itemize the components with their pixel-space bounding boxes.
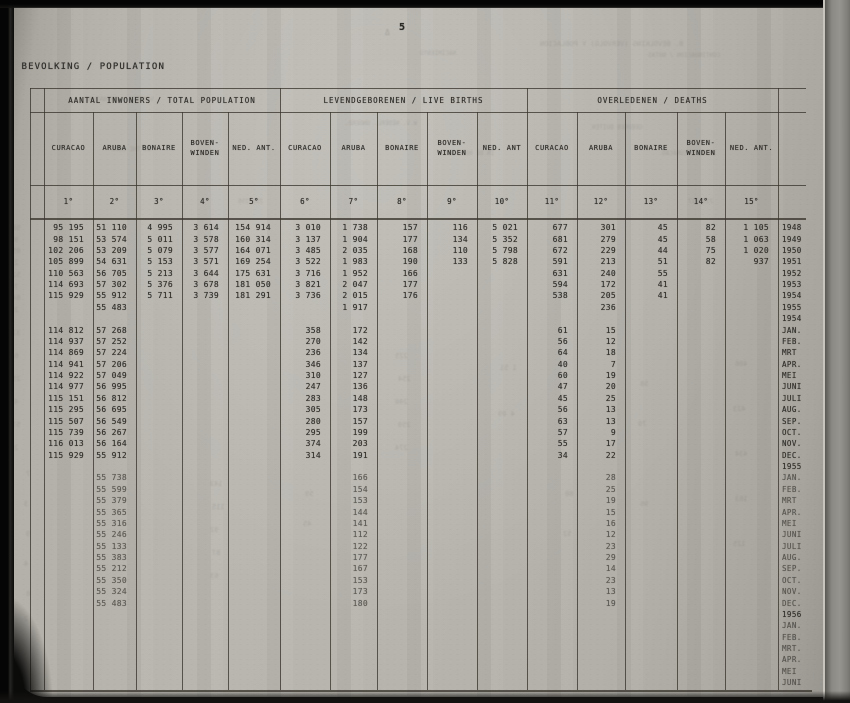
table-row: 55 37915319MRT (30, 495, 812, 506)
table-cell: 7 (577, 360, 625, 369)
table-cell: 3 678 (182, 280, 228, 289)
table-cell: 114 812 (44, 326, 93, 335)
table-row: JUNI (30, 677, 812, 688)
table-cell: 114 941 (44, 360, 93, 369)
table-cell: 240 (577, 269, 625, 278)
table-cell: 181 291 (228, 291, 280, 300)
table-cell: 172 (330, 326, 377, 335)
table-cell: 41 (625, 291, 677, 300)
bleedthrough-text: 225 (395, 352, 408, 360)
table-cell: 56 549 (93, 417, 136, 426)
column-header: BONAIRE (625, 112, 677, 185)
bleedthrough-text: 423 (733, 405, 746, 413)
table-cell: 15 (577, 326, 625, 335)
column-header: NED. ANT. (228, 112, 280, 185)
table-cell: 57 224 (93, 348, 136, 357)
table-cell: 15 (577, 508, 625, 517)
table-cell: 5 021 (477, 223, 527, 232)
bleedthrough-text: 52 (563, 530, 571, 538)
table-cell: 55 212 (93, 564, 136, 573)
table-cell: 55 (625, 269, 677, 278)
table-cell: 2 047 (330, 280, 377, 289)
table-cell: 55 316 (93, 519, 136, 528)
column-number: 12° (577, 185, 625, 218)
table-cell: 55 (527, 439, 577, 448)
table-cell: 5 213 (136, 269, 182, 278)
row-label: 1950 (778, 246, 812, 255)
row-label: JAN. (778, 621, 812, 630)
bleedthrough-text: CONTINUACION / NOTAS (648, 52, 720, 59)
bleedthrough-text: W.V. NEDERL. ONDERD. (345, 120, 417, 127)
row-label: AUG. (778, 405, 812, 414)
table-cell: 283 (280, 394, 330, 403)
table-cell: 51 110 (93, 223, 136, 232)
bleedthrough-text: 9 (26, 530, 30, 538)
table-cell: 203 (330, 439, 377, 448)
table-cell: 82 (677, 223, 725, 232)
table-row: 114 81257 2683581726115JAN. (30, 324, 812, 335)
table-cell: 114 977 (44, 382, 93, 391)
table-cell: 115 929 (44, 291, 93, 300)
bleedthrough-text: IN DE NED. ANT. (440, 150, 494, 157)
table-cell: 114 693 (44, 280, 93, 289)
table-cell: 44 (625, 246, 677, 255)
table-cell: 166 (377, 269, 427, 278)
table-cell: 57 302 (93, 280, 136, 289)
table-row: 114 69357 3025 3763 678181 0503 8212 047… (30, 279, 812, 290)
table-cell: 55 599 (93, 485, 136, 494)
row-label: NOV. (778, 439, 812, 448)
page-title: B. BEVOLKING / POPULATION (2, 62, 165, 72)
table-cell: 154 (330, 485, 377, 494)
row-label: JULI (778, 394, 812, 403)
table-cell: 60 (527, 371, 577, 380)
table-cell: 19 (577, 371, 625, 380)
table-cell: 177 (377, 280, 427, 289)
column-header: BOVEN- WINDEN (182, 112, 228, 185)
table-cell: 1 105 (725, 223, 778, 232)
table-cell: 57 252 (93, 337, 136, 346)
table-cell: 205 (577, 291, 625, 300)
table-cell: 55 483 (93, 599, 136, 608)
table-cell: 5 376 (136, 280, 182, 289)
table-cell: 115 507 (44, 417, 93, 426)
row-label: SEP. (778, 417, 812, 426)
table-cell: 56 (527, 337, 577, 346)
bleedthrough-text: 7 (26, 470, 30, 478)
table-cell: 115 295 (44, 405, 93, 414)
column-number: 1° (44, 185, 93, 218)
table-row: 102 20653 2095 0793 577164 0713 4852 035… (30, 245, 812, 256)
table-row: 115 92955 9125 7113 739181 2913 7362 015… (30, 290, 812, 301)
table-cell: 110 563 (44, 269, 93, 278)
table-cell: 3 821 (280, 280, 330, 289)
table-row: 115 92955 9123141913422DEC. (30, 450, 812, 461)
table-row: JAN. (30, 620, 812, 631)
table-cell: 28 (577, 473, 625, 482)
row-label: OCT. (778, 428, 812, 437)
row-label: 1955 (778, 462, 812, 471)
bleedthrough-text: Δ (385, 28, 390, 37)
table-cell: 190 (377, 257, 427, 266)
table-cell: 279 (577, 235, 625, 244)
table-cell: 164 071 (228, 246, 280, 255)
table-cell: 3 571 (182, 257, 228, 266)
table-cell: 1 983 (330, 257, 377, 266)
table-row: 55 35015323OCT. (30, 575, 812, 586)
table-cell: 41 (625, 280, 677, 289)
table-row: 55 36514415APR. (30, 506, 812, 517)
row-label: 1956 (778, 610, 812, 619)
table-cell: 134 (427, 235, 477, 244)
table-cell: 51 (625, 257, 677, 266)
table-cell: 95 195 (44, 223, 93, 232)
table-cell: 57 206 (93, 360, 136, 369)
table-cell: 177 (330, 553, 377, 562)
table-cell: 105 899 (44, 257, 93, 266)
table-cell: 672 (527, 246, 577, 255)
table-cell: 56 (527, 405, 577, 414)
table-cell: 169 254 (228, 257, 280, 266)
table-cell: 12 (577, 337, 625, 346)
table-cell: 55 738 (93, 473, 136, 482)
table-cell: 55 912 (93, 291, 136, 300)
table-row: 114 92257 0493101276019MEI (30, 370, 812, 381)
table-cell: 236 (577, 303, 625, 312)
table-cell: 594 (527, 280, 577, 289)
table-cell: 191 (330, 451, 377, 460)
bleedthrough-text: 274 (395, 444, 408, 452)
table-cell: 153 (330, 576, 377, 585)
table-cell: 1 063 (725, 235, 778, 244)
table-cell: 61 (527, 326, 577, 335)
table-cell: 295 (280, 428, 330, 437)
table-row: 114 94157 206346137407APR. (30, 359, 812, 370)
table-cell: 173 (330, 405, 377, 414)
table-cell: 154 914 (228, 223, 280, 232)
table-row: 55 21216714SEP. (30, 563, 812, 574)
bleedthrough-text: 63 (210, 572, 218, 580)
table-cell: 3 578 (182, 235, 228, 244)
table-row: 55 4831 9172361955 (30, 302, 812, 313)
table-row: 55 13312223JULI (30, 541, 812, 552)
scanned-book-photo: 5 B. BEVOLKING / POPULATION AANTAL INWON… (0, 0, 850, 703)
table-cell: 115 151 (44, 394, 93, 403)
table-body: 95 19551 1104 9953 614154 9143 0101 7381… (30, 222, 812, 688)
row-label: JUNI (778, 382, 812, 391)
table-cell: 5 711 (136, 291, 182, 300)
bleedthrough-text: 143 (210, 480, 223, 488)
row-label: DEC. (778, 599, 812, 608)
table-cell: 1 904 (330, 235, 377, 244)
column-number: 10° (477, 185, 527, 218)
bleedthrough-text: 87 (212, 549, 220, 557)
column-number: 8° (377, 185, 427, 218)
table-cell: 374 (280, 439, 330, 448)
table-row: 55 59915425FEB. (30, 484, 812, 495)
row-label: DEC. (778, 451, 812, 460)
table-cell: 3 644 (182, 269, 228, 278)
bleedthrough-text: 70 (638, 420, 646, 428)
table-cell: 58 (677, 235, 725, 244)
table-cell: 229 (577, 246, 625, 255)
column-header: ARUBA (577, 112, 625, 185)
table-row: 1955 (30, 461, 812, 472)
bleedthrough-text: IN RE / CURACAO (662, 150, 716, 157)
row-label: MEI (778, 371, 812, 380)
column-number: 4° (182, 185, 228, 218)
table-cell: 1 952 (330, 269, 377, 278)
bleedthrough-text: VERTREK / DEPARTURE (85, 96, 154, 103)
bleedthrough-text: 240 (395, 398, 408, 406)
table-cell: 110 (427, 246, 477, 255)
table-line-horizontal (30, 218, 806, 220)
table-cell: 346 (280, 360, 330, 369)
table-row: 105 89954 6315 1533 571169 2543 5221 983… (30, 256, 812, 267)
table-cell: 175 631 (228, 269, 280, 278)
table-cell: 358 (280, 326, 330, 335)
table-cell: 19 (577, 496, 625, 505)
table-row: 116 01356 1643742035517NOV. (30, 438, 812, 449)
table-cell: 45 (625, 235, 677, 244)
column-number: 7° (330, 185, 377, 218)
table-cell: 40 (527, 360, 577, 369)
table-row: MRT. (30, 643, 812, 654)
row-label: APR. (778, 655, 812, 664)
table-cell: 82 (677, 257, 725, 266)
table-cell: 114 922 (44, 371, 93, 380)
table-cell: 114 869 (44, 348, 93, 357)
photo-edge-top (0, 0, 850, 8)
table-cell: 57 049 (93, 371, 136, 380)
row-label: MEI (778, 519, 812, 528)
row-label: 1948 (778, 223, 812, 232)
table-cell: 57 (527, 428, 577, 437)
table-cell: 116 013 (44, 439, 93, 448)
table-row: 115 50756 5492801576313SEP. (30, 415, 812, 426)
table-cell: 144 (330, 508, 377, 517)
table-row: 114 93757 2522701425612FEB. (30, 336, 812, 347)
table-cell: 56 995 (93, 382, 136, 391)
row-label: FEB. (778, 337, 812, 346)
table-cell: 177 (377, 235, 427, 244)
table-row: 55 73816628JAN. (30, 472, 812, 483)
table-cell: 148 (330, 394, 377, 403)
table-cell: 45 (625, 223, 677, 232)
group-title: OVERLEDENEN / DEATHS (527, 88, 778, 112)
table-cell: 5 352 (477, 235, 527, 244)
table-cell: 13 (577, 587, 625, 596)
table-cell: 247 (280, 382, 330, 391)
table-row: 55 24611212JUNI (30, 529, 812, 540)
bleedthrough-text: NACIMIENTO (420, 50, 456, 57)
table-cell: 55 383 (93, 553, 136, 562)
bleedthrough-text: 215 217 (688, 198, 713, 205)
row-label: 1954 (778, 314, 812, 323)
table-cell: 115 929 (44, 451, 93, 460)
bleedthrough-text: 92 (210, 526, 218, 534)
table-row: 115 15156 8122831484525JULI (30, 393, 812, 404)
column-header: NED. ANT (477, 112, 527, 185)
row-label: APR. (778, 360, 812, 369)
bleedthrough-text: 4 09 (498, 410, 515, 418)
bleedthrough-text: 96 (640, 500, 648, 508)
table-cell: 25 (577, 394, 625, 403)
table-cell: 142 (330, 337, 377, 346)
row-label: MRT (778, 496, 812, 505)
table-cell: 3 522 (280, 257, 330, 266)
bleedthrough-text: 255 256 (238, 198, 263, 205)
table-cell: 199 (330, 428, 377, 437)
table-cell: 17 (577, 439, 625, 448)
table-cell: 4 995 (136, 223, 182, 232)
table-cell: 180 (330, 599, 377, 608)
table-cell: 3 485 (280, 246, 330, 255)
table-cell: 54 631 (93, 257, 136, 266)
table-cell: 5 798 (477, 246, 527, 255)
table-row: 55 48318019DEC. (30, 597, 812, 608)
table-cell: 55 133 (93, 542, 136, 551)
table-cell: 18 (577, 348, 625, 357)
table-cell: 2 015 (330, 291, 377, 300)
table-cell: 133 (427, 257, 477, 266)
table-cell: 53 574 (93, 235, 136, 244)
table-cell: 64 (527, 348, 577, 357)
row-label: FEB. (778, 633, 812, 642)
table-cell: 57 268 (93, 326, 136, 335)
row-label: MEI (778, 667, 812, 676)
table-cell: 137 (330, 360, 377, 369)
row-label: MRT (778, 348, 812, 357)
table-cell: 314 (280, 451, 330, 460)
table-cell: 270 (280, 337, 330, 346)
table-cell: 16 (577, 519, 625, 528)
table-cell: 56 695 (93, 405, 136, 414)
row-label: JUNI (778, 530, 812, 539)
row-label: APR. (778, 508, 812, 517)
bleedthrough-text: 259 (398, 421, 411, 429)
table-cell: 591 (527, 257, 577, 266)
column-number: 9° (427, 185, 477, 218)
table-cell: 677 (527, 223, 577, 232)
bleedthrough-text: 163 (735, 495, 748, 503)
table-cell: 25 (577, 485, 625, 494)
bleedthrough-text: 59 (305, 490, 313, 498)
page-content: 5 B. BEVOLKING / POPULATION AANTAL INWON… (0, 0, 850, 703)
row-label: FEB. (778, 485, 812, 494)
table-cell: 937 (725, 257, 778, 266)
row-label: 1953 (778, 280, 812, 289)
table-cell: 3 739 (182, 291, 228, 300)
table-cell: 157 (377, 223, 427, 232)
table-row: 95 19551 1104 9953 614154 9143 0101 7381… (30, 222, 812, 233)
bleedthrough-text: 125 (733, 540, 746, 548)
table-cell: 13 (577, 405, 625, 414)
row-label: JUNI (778, 678, 812, 687)
table-row: 110 56356 7055 2133 644175 6313 7161 952… (30, 268, 812, 279)
bleedthrough-text: 406 (735, 360, 748, 368)
column-header: BOVEN- WINDEN (427, 112, 477, 185)
column-number: 2° (93, 185, 136, 218)
bleedthrough-text: B. BEVOLKING (VERVOLG) Y POBLACION (540, 40, 683, 48)
bleedthrough-text: 254 (398, 375, 411, 383)
table-cell: 34 (527, 451, 577, 460)
table-cell: 134 (330, 348, 377, 357)
table-cell: 5 153 (136, 257, 182, 266)
bleedthrough-text: 115 (212, 503, 225, 511)
table-row: 115 73956 267295199579OCT. (30, 427, 812, 438)
column-header: BOVEN- WINDEN (677, 112, 725, 185)
table-cell: 47 (527, 382, 577, 391)
table-cell: 98 151 (44, 235, 93, 244)
table-cell: 181 050 (228, 280, 280, 289)
table-cell: 301 (577, 223, 625, 232)
bleedthrough-text: 45 (303, 520, 311, 528)
table-cell: 167 (330, 564, 377, 573)
table-cell: 55 324 (93, 587, 136, 596)
table-cell: 538 (527, 291, 577, 300)
row-label: MRT. (778, 644, 812, 653)
table-cell: 280 (280, 417, 330, 426)
table-cell: 3 577 (182, 246, 228, 255)
column-header: CURACAO (44, 112, 93, 185)
page-number: 5 (399, 22, 405, 33)
table-cell: 213 (577, 257, 625, 266)
row-label: JAN. (778, 473, 812, 482)
table-cell: 116 (427, 223, 477, 232)
row-label: 1954 (778, 291, 812, 300)
table-cell: 153 (330, 496, 377, 505)
bleedthrough-text: IN THE ELSE- (108, 146, 151, 153)
row-label: 1949 (778, 235, 812, 244)
table-cell: 55 379 (93, 496, 136, 505)
table-row: 1954 (30, 313, 812, 324)
table-row: 114 97756 9952471364720JUNI (30, 381, 812, 392)
row-label: JULI (778, 542, 812, 551)
table-cell: 55 912 (93, 451, 136, 460)
group-title: LEVENDGEBORENEN / LIVE BIRTHS (280, 88, 527, 112)
table-cell: 19 (577, 599, 625, 608)
table-row: 55 31614116MEI (30, 518, 812, 529)
table-cell: 3 010 (280, 223, 330, 232)
table-cell: 114 937 (44, 337, 93, 346)
row-label: 1952 (778, 269, 812, 278)
table-cell: 56 164 (93, 439, 136, 448)
table-cell: 12 (577, 530, 625, 539)
table-cell: 23 (577, 576, 625, 585)
table-cell: 55 365 (93, 508, 136, 517)
table-cell: 63 (527, 417, 577, 426)
table-cell: 5 079 (136, 246, 182, 255)
table-cell: 176 (377, 291, 427, 300)
bleedthrough-text: 4 (24, 560, 28, 568)
column-number: 11° (527, 185, 577, 218)
bleedthrough-text: 434 (735, 450, 748, 458)
table-cell: 75 (677, 246, 725, 255)
table-cell: 45 (527, 394, 577, 403)
table-cell: 115 739 (44, 428, 93, 437)
table-cell: 56 267 (93, 428, 136, 437)
table-cell: 102 206 (44, 246, 93, 255)
table-cell: 127 (330, 371, 377, 380)
table-cell: 56 705 (93, 269, 136, 278)
table-cell: 136 (330, 382, 377, 391)
table-cell: 166 (330, 473, 377, 482)
table-cell: 172 (577, 280, 625, 289)
table-cell: 3 137 (280, 235, 330, 244)
table-cell: 1 738 (330, 223, 377, 232)
table-cell: 3 614 (182, 223, 228, 232)
